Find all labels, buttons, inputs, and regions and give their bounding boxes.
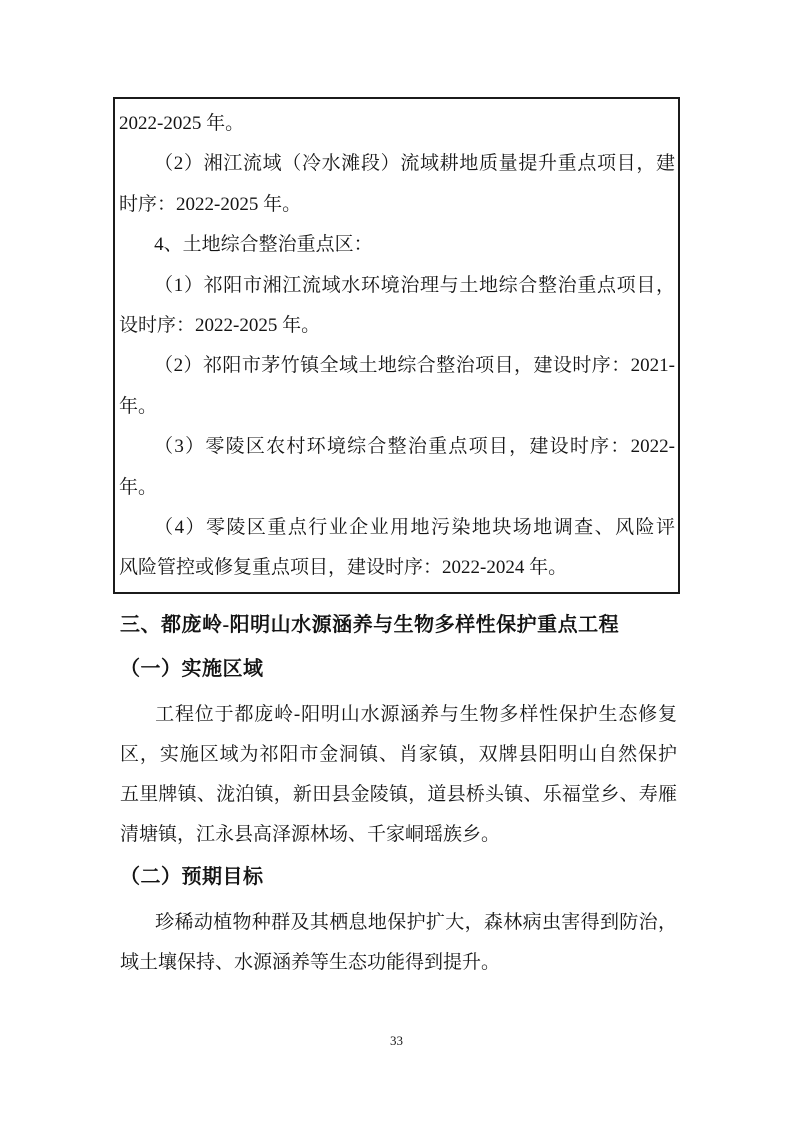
- box-line: 年。: [119, 468, 675, 508]
- box-line: 时序：2022-2025 年。: [119, 185, 675, 225]
- box-line: （4）零陵区重点行业企业用地污染地块场地调查、风险评估、: [119, 508, 675, 548]
- paragraph-line: 域土壤保持、水源涵养等生态功能得到提升。: [120, 943, 677, 983]
- section-heading: 三、都庞岭-阳明山水源涵养与生物多样性保护重点工程: [120, 605, 677, 645]
- paragraph-line: 珍稀动植物种群及其栖息地保护扩大，森林病虫害得到防治，区: [120, 903, 677, 943]
- paragraph-line: 工程位于都庞岭-阳明山水源涵养与生物多样性保护生态修复: [120, 695, 677, 735]
- paragraph-line: 五里牌镇、泷泊镇，新田县金陵镇，道县桥头镇、乐福堂乡、寿雁镇、: [120, 775, 677, 815]
- box-line: 4、土地综合整治重点区：: [119, 225, 675, 265]
- boxed-text-section: 2022-2025 年。 （2）湘江流域（冷水滩段）流域耕地质量提升重点项目，建…: [113, 97, 680, 594]
- box-line: （3）零陵区农村环境综合整治重点项目，建设时序：2022-2025: [119, 427, 675, 467]
- document-page: 2022-2025 年。 （2）湘江流域（冷水滩段）流域耕地质量提升重点项目，建…: [0, 0, 793, 1122]
- paragraph-line: 清塘镇，江永县高泽源林场、千家峒瑶族乡。: [120, 815, 677, 855]
- box-line: 年。: [119, 387, 675, 427]
- subsection-heading-expected-goals: （二）预期目标: [120, 857, 677, 897]
- box-line: 设时序：2022-2025 年。: [119, 306, 675, 346]
- box-line: 风险管控或修复重点项目，建设时序：2022-2024 年。: [119, 548, 675, 588]
- box-line: （2）湘江流域（冷水滩段）流域耕地质量提升重点项目，建设: [119, 144, 675, 184]
- box-line: 2022-2025 年。: [119, 104, 675, 144]
- page-number: 33: [113, 1033, 680, 1049]
- paragraph-line: 区，实施区域为祁阳市金洞镇、肖家镇，双牌县阳明山自然保护区、: [120, 735, 677, 775]
- box-line: （1）祁阳市湘江流域水环境治理与土地综合整治重点项目，建: [119, 266, 675, 306]
- main-body: 三、都庞岭-阳明山水源涵养与生物多样性保护重点工程 （一）实施区域 工程位于都庞…: [120, 605, 677, 983]
- box-line: （2）祁阳市茅竹镇全域土地综合整治项目，建设时序：2021-2025: [119, 346, 675, 386]
- subsection-heading-implementation-area: （一）实施区域: [120, 649, 677, 689]
